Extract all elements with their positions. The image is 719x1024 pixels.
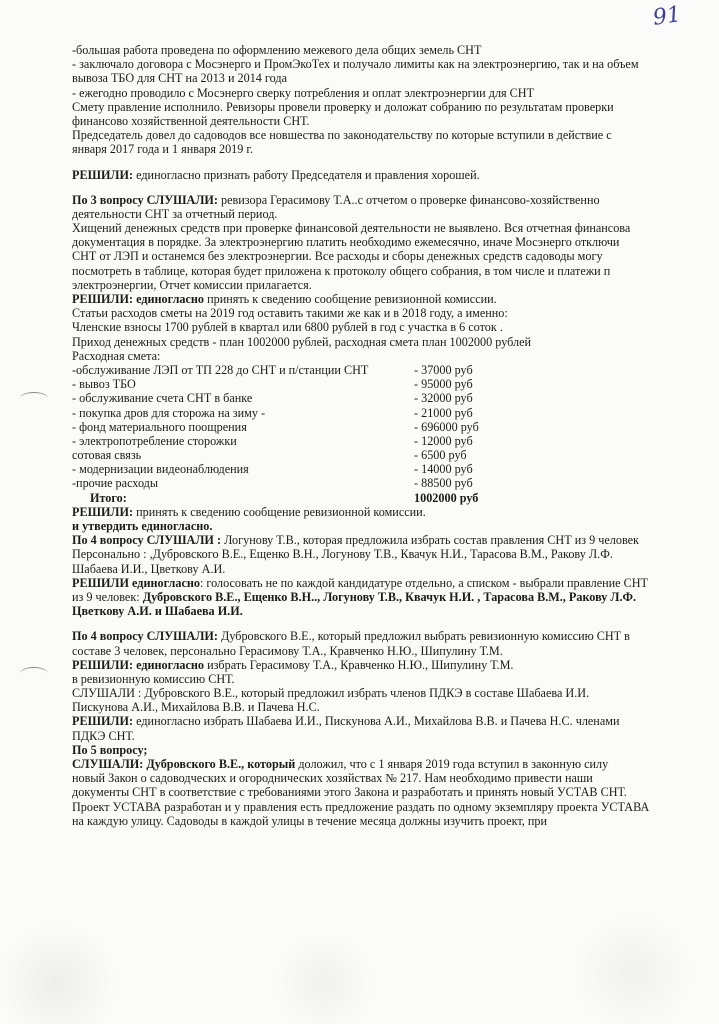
question-heading: По 5 вопросу; xyxy=(72,743,719,757)
paragraph-line: Персонально : ,Дубровского В.Е., Ещенко … xyxy=(72,547,719,561)
listened-label: СЛУШАЛИ: xyxy=(72,757,143,771)
budget-row: - модернизации видеонаблюдения - 14000 р… xyxy=(72,462,719,476)
document-body: -большая работа проведена по оформлению … xyxy=(72,43,719,828)
decision-text: единогласно признать работу Председателя… xyxy=(133,168,480,182)
budget-row: - вывоз ТБО- 95000 руб xyxy=(72,377,719,391)
paragraph-line: составе 3 человек, персонально Герасимов… xyxy=(72,644,719,658)
decision-label: РЕШИЛИ: единогласно xyxy=(72,292,204,306)
budget-amount: - 696000 руб xyxy=(414,420,479,434)
budget-amount: - 14000 руб xyxy=(414,462,473,476)
paragraph-line: документы СНТ в соответствие с требовани… xyxy=(72,785,719,799)
budget-item: - обслуживание счета СНТ в банке xyxy=(72,391,252,405)
decision-line: РЕШИЛИ единогласно: голосовать не по каж… xyxy=(72,576,719,590)
intro-line: Смету правление исполнило. Ревизоры пров… xyxy=(72,100,719,114)
budget-total-label: Итого: xyxy=(90,491,127,505)
scanned-page: 91 -большая работа проведена по оформлен… xyxy=(0,0,719,1024)
budget-item: - электропотребление сторожки xyxy=(72,434,237,448)
decision-label: РЕШИЛИ: xyxy=(72,505,133,519)
question-heading: По 4 вопросу СЛУШАЛИ: xyxy=(72,629,218,643)
decision-text: принять к сведению сообщение ревизионной… xyxy=(204,292,497,306)
question-4-audit-section: По 4 вопросу СЛУШАЛИ: Дубровского В.Е., … xyxy=(72,629,719,743)
question-3-heading-line: По 3 вопросу СЛУШАЛИ: ревизора Герасимов… xyxy=(72,193,719,207)
intro-line: января 2017 года и 1 января 2019 г. xyxy=(72,142,719,156)
spacer xyxy=(72,182,719,193)
decision-text: : голосовать не по каждой кандидатуре от… xyxy=(200,576,648,590)
question-4-board-section: По 4 вопросу СЛУШАЛИ : Логунову Т.В., ко… xyxy=(72,533,719,618)
decision-label: РЕШИЛИ: единогласно xyxy=(72,658,204,672)
question-text: Логунову Т.В., которая предложила избрат… xyxy=(221,533,639,547)
paragraph-line: электроэнергии, Отчет комиссии прилагает… xyxy=(72,278,719,292)
budget-item: -прочие расходы xyxy=(72,476,158,490)
spacer xyxy=(72,157,719,168)
binding-hole-mark xyxy=(20,392,48,405)
budget-amount: - 88500 руб xyxy=(414,476,473,490)
budget-amount: - 32000 руб xyxy=(414,391,473,405)
intro-line: финансово хозяйственной деятельности СНТ… xyxy=(72,114,719,128)
paragraph-line: документация в порядке. За электроэнерги… xyxy=(72,235,719,249)
decision-label: РЕШИЛИ единогласно xyxy=(72,576,200,590)
intro-line: - ежегодно проводило с Мосэнерго сверку … xyxy=(72,86,719,100)
budget-intro-line: Статьи расходов сметы на 2019 год остави… xyxy=(72,306,719,320)
paragraph-line: СЛУШАЛИ : Дубровского В.Е., который пред… xyxy=(72,686,719,700)
budget-item: - покупка дров для сторожа на зиму - xyxy=(72,406,265,420)
elected-names: Дубровского В.Е., Ещенко В.Н.., Логунову… xyxy=(143,590,636,604)
intro-line: вывоза ТБО для СНТ на 2013 и 2014 года xyxy=(72,71,719,85)
question-heading-line: По 4 вопросу СЛУШАЛИ: Дубровского В.Е., … xyxy=(72,629,719,643)
budget-table: -обслуживание ЛЭП от ТП 228 до СНТ и п/с… xyxy=(72,363,719,505)
budget-intro-line: Членские взносы 1700 рублей в квартал ил… xyxy=(72,320,719,334)
spacer xyxy=(72,618,719,629)
budget-row: - покупка дров для сторожа на зиму - - 2… xyxy=(72,406,719,420)
decision-tail: и утвердить единогласно. xyxy=(72,519,719,533)
paragraph-line: посмотреть в таблице, которая будет прил… xyxy=(72,264,719,278)
question-text: доложил, что с 1 января 2019 года вступи… xyxy=(295,757,608,771)
paragraph-line: Пискунова А.И., Михайлова В.В. и Пачева … xyxy=(72,700,719,714)
budget-intro-line: Приход денежных средств - план 1002000 р… xyxy=(72,335,719,349)
intro-section: -большая работа проведена по оформлению … xyxy=(72,43,719,157)
budget-item: - фонд материального поощрения xyxy=(72,420,247,434)
question-5-section: По 5 вопросу; СЛУШАЛИ: Дубровского В.Е.,… xyxy=(72,743,719,828)
paragraph-line: Шабаева И.И., Цветкову А.И. xyxy=(72,562,719,576)
decision-text: единогласно избрать Шабаева И.И., Пискун… xyxy=(133,714,619,728)
decision-text: принять к сведению сообщение ревизионной… xyxy=(133,505,426,519)
budget-amount: - 12000 руб xyxy=(414,434,473,448)
decision-prefix: из 9 человек: xyxy=(72,590,143,604)
paragraph-line: Проект УСТАВА разработан и у правления е… xyxy=(72,800,719,814)
decision-label: РЕШИЛИ: xyxy=(72,168,133,182)
paragraph-line: на каждую улицу. Садоводы в каждой улицы… xyxy=(72,814,719,828)
binding-hole-mark xyxy=(20,667,48,680)
decision-line: РЕШИЛИ: единогласно избрать Герасимову Т… xyxy=(72,658,719,672)
question-heading: По 4 вопросу СЛУШАЛИ : xyxy=(72,533,221,547)
budget-item: - модернизации видеонаблюдения xyxy=(72,462,249,476)
question-heading-line: СЛУШАЛИ: Дубровского В.Е., который долож… xyxy=(72,757,719,771)
budget-total-amount: 1002000 руб xyxy=(414,491,478,505)
budget-amount: - 95000 руб xyxy=(414,377,473,391)
paragraph-line: новый Закон о садоводческих и огородниче… xyxy=(72,771,719,785)
budget-row: сотовая связь - 6500 руб xyxy=(72,448,719,462)
decision-text: избрать Герасимову Т.А., Кравченко Н.Ю.,… xyxy=(204,658,513,672)
budget-amount: - 6500 руб xyxy=(414,448,467,462)
budget-row: -обслуживание ЛЭП от ТП 228 до СНТ и п/с… xyxy=(72,363,719,377)
question-heading: По 3 вопросу СЛУШАЛИ: xyxy=(72,193,218,207)
decision-label: РЕШИЛИ: xyxy=(72,714,133,728)
decision-line: РЕШИЛИ: принять к сведению сообщение рев… xyxy=(72,505,719,519)
budget-amount: - 21000 руб xyxy=(414,406,473,420)
decision-line: РЕШИЛИ: единогласно принять к сведению с… xyxy=(72,292,719,306)
budget-intro-line: Расходная смета: xyxy=(72,349,719,363)
question-heading-line: По 4 вопросу СЛУШАЛИ : Логунову Т.В., ко… xyxy=(72,533,719,547)
elected-names: Цветкову А.И. и Шабаева И.И. xyxy=(72,604,719,618)
budget-row: - обслуживание счета СНТ в банке- 32000 … xyxy=(72,391,719,405)
handwritten-page-number: 91 xyxy=(651,2,682,31)
intro-line: Председатель довел до садоводов все новш… xyxy=(72,128,719,142)
paragraph-line: в ревизионную комиссию СНТ. xyxy=(72,672,719,686)
decision-line: РЕШИЛИ: единогласно избрать Шабаева И.И.… xyxy=(72,714,719,728)
question-text: ревизора Герасимову Т.А..с отчетом о про… xyxy=(218,193,600,207)
budget-row: - электропотребление сторожки - 12000 ру… xyxy=(72,434,719,448)
budget-row: - фонд материального поощрения - 696000 … xyxy=(72,420,719,434)
speaker: Дубровского В.Е., который xyxy=(143,757,295,771)
paragraph-line: Хищений денежных средств при проверке фи… xyxy=(72,221,719,235)
decision-line: из 9 человек: Дубровского В.Е., Ещенко В… xyxy=(72,590,719,604)
budget-item: сотовая связь xyxy=(72,448,141,462)
paragraph-line: ПДКЭ СНТ. xyxy=(72,729,719,743)
budget-item: -обслуживание ЛЭП от ТП 228 до СНТ и п/с… xyxy=(72,363,368,377)
intro-line: - заключало договора с Мосэнерго и ПромЭ… xyxy=(72,57,719,71)
budget-item: - вывоз ТБО xyxy=(72,377,136,391)
paragraph-line: деятельности СНТ за отчетный период. xyxy=(72,207,719,221)
decision-2: РЕШИЛИ: единогласно признать работу Пред… xyxy=(72,168,719,182)
intro-line: -большая работа проведена по оформлению … xyxy=(72,43,719,57)
budget-row: -прочие расходы- 88500 руб xyxy=(72,476,719,490)
budget-amount: - 37000 руб xyxy=(414,363,473,377)
question-3-section: По 3 вопросу СЛУШАЛИ: ревизора Герасимов… xyxy=(72,193,719,534)
question-text: Дубровского В.Е., который предложил выбр… xyxy=(218,629,630,643)
budget-total-row: Итого:1002000 руб xyxy=(72,491,719,505)
paragraph-line: СНТ от ЛЭП и останемся без электроэнерги… xyxy=(72,249,719,263)
